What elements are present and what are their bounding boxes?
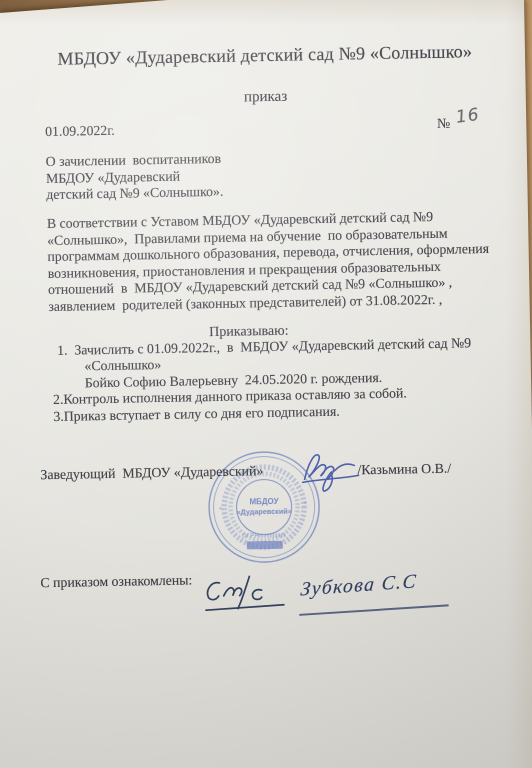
document-number-handwritten: 16 [455, 105, 481, 128]
document-number-sign: № [437, 116, 450, 133]
document-title: МБДОУ «Дударевский детский сад №9 «Солны… [0, 40, 531, 71]
document-content: МБДОУ «Дударевский детский сад №9 «Солны… [0, 0, 532, 768]
paper-wrapper: МБДОУ «Дударевский детский сад №9 «Солны… [0, 0, 532, 768]
scanned-order-photo: { "colors":{"desk":"#bf9769","paper":"#e… [0, 0, 532, 768]
stamp-ogrn-digits-blur [259, 535, 287, 536]
document-type: приказ [0, 84, 532, 111]
document-paper: МБДОУ «Дударевский детский сад №9 «Солны… [0, 0, 532, 768]
acknowledgment-signature-2-underline [299, 604, 449, 615]
stamp-ogrn-label: ОГРН [242, 533, 259, 539]
director-signature [300, 448, 365, 495]
subject-line: детский сад №9 «Солнышко». [46, 184, 223, 204]
subject-line: О зачислении воспитанников [46, 151, 222, 171]
stamp-bottom-bar [247, 541, 283, 550]
director-name: /Казьмина О.В./ [357, 461, 451, 479]
stamp-center-line1: МБДОУ [249, 497, 279, 507]
stamp-star-right: * [304, 501, 307, 508]
stamp-center-line2: «Дударевский» [236, 507, 292, 517]
acknowledged-label: С приказом ознакомлены: [40, 572, 192, 591]
document-date: 01.09.2022г. [45, 123, 115, 141]
stamp-star-left: * [219, 507, 222, 514]
order-item: «Солнышко» [84, 357, 161, 375]
acknowledgment-signature-2: Зубкова С.С [300, 571, 418, 601]
acknowledgment-signature-1 [203, 574, 290, 616]
